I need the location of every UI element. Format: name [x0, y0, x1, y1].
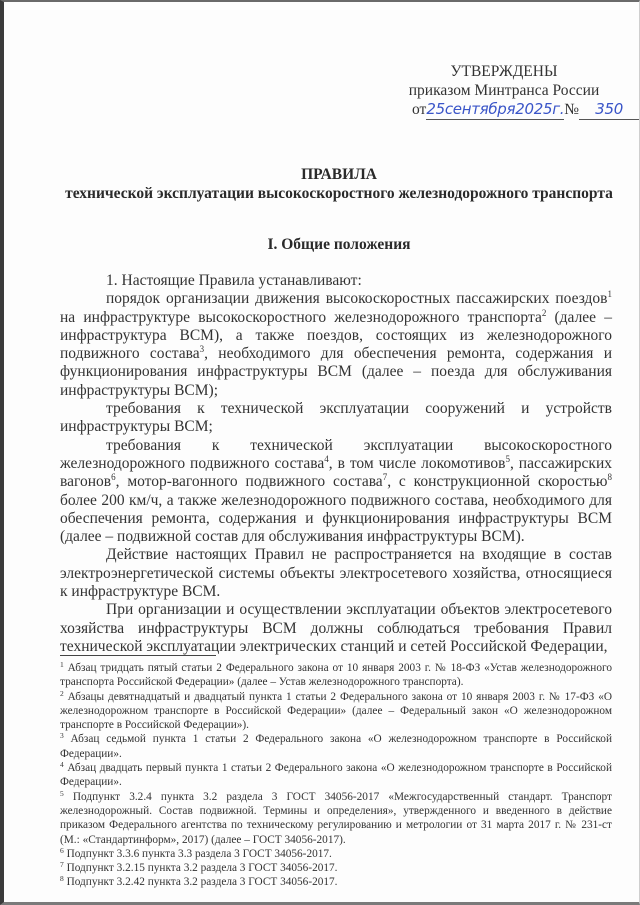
- approval-order-line: приказом Минтранса России: [404, 81, 604, 100]
- text-run: на инфраструктуре высокоскоростного желе…: [60, 309, 542, 326]
- text-run: порядок организации движения высокоскоро…: [106, 290, 608, 307]
- footnote-2: 2 Абзацы девятнадцатый и двадцатый пункт…: [60, 690, 612, 733]
- text-run: , мотор-вагонного подвижного состава: [116, 473, 383, 490]
- footnote-text: Подпункт 3.3.6 пункта 3.3 раздела 3 ГОСТ…: [64, 848, 332, 860]
- title-main: ПРАВИЛА: [44, 165, 634, 184]
- footnote-ref-1[interactable]: 1: [608, 289, 613, 299]
- footnote-4: 4 Абзац двадцать первый пункта 1 статьи …: [60, 761, 612, 790]
- handwritten-date: 25сентября2025г.: [426, 100, 564, 120]
- footnote-text: Подпункт 3.2.42 пункта 3.2 раздела 3 ГОС…: [64, 876, 338, 888]
- paragraph-1: 1. Настоящие Правила устанавливают:: [60, 272, 612, 290]
- paragraph-5: Действие настоящих Правил не распростран…: [60, 546, 612, 601]
- footnote-7: 7 Подпункт 3.2.15 пункта 3.2 раздела 3 Г…: [60, 861, 612, 875]
- footnote-separator: [60, 655, 216, 656]
- footnote-text: Абзац тридцать пятый статьи 2 Федерально…: [60, 662, 612, 688]
- text-run: , в том числе локомотивов: [329, 455, 506, 472]
- number-label: №: [564, 101, 579, 118]
- approval-date-number-line: от25сентября2025г.№350: [404, 100, 604, 120]
- document-page: УТВЕРЖДЕНЫ приказом Минтранса России от2…: [0, 0, 640, 905]
- paragraph-4: требования к технической эксплуатации вы…: [60, 437, 612, 547]
- footnote-text: Подпункт 3.2.15 пункта 3.2 раздела 3 ГОС…: [64, 862, 338, 874]
- footnote-6: 6 Подпункт 3.3.6 пункта 3.3 раздела 3 ГО…: [60, 847, 612, 861]
- approval-heading: УТВЕРЖДЕНЫ: [404, 62, 604, 81]
- document-body: 1. Настоящие Правила устанавливают: поря…: [60, 272, 612, 656]
- footnote-text: Абзацы девятнадцатый и двадцатый пункта …: [60, 691, 612, 732]
- footnote-text: Подпункт 3.2.4 пункта 3.2 раздела 3 ГОСТ…: [60, 791, 612, 846]
- footnote-5: 5 Подпункт 3.2.4 пункта 3.2 раздела 3 ГО…: [60, 790, 612, 847]
- title-subtitle: технической эксплуатации высокоскоростно…: [44, 184, 634, 204]
- footnote-text: Абзац двадцать первый пункта 1 статьи 2 …: [60, 762, 612, 788]
- from-label: от: [412, 101, 426, 118]
- footnote-1: 1 Абзац тридцать пятый статьи 2 Федераль…: [60, 661, 612, 690]
- footnotes: 1 Абзац тридцать пятый статьи 2 Федераль…: [60, 661, 612, 890]
- footnote-ref-8[interactable]: 8: [608, 472, 613, 482]
- section-heading: I. Общие положения: [44, 236, 634, 254]
- footnote-3: 3 Абзац седьмой пункта 1 статьи 2 Федера…: [60, 732, 612, 761]
- paragraph-3: требования к технической эксплуатации со…: [60, 400, 612, 437]
- text-run: , с конструкционной скоростью: [387, 473, 607, 490]
- handwritten-number: 350: [579, 100, 639, 120]
- text-run: более 200 км/ч, а также железнодорожного…: [60, 492, 612, 546]
- paragraph-2: порядок организации движения высокоскоро…: [60, 290, 612, 400]
- approval-stamp: УТВЕРЖДЕНЫ приказом Минтранса России от2…: [404, 62, 604, 120]
- document-title: ПРАВИЛА технической эксплуатации высокос…: [44, 165, 634, 204]
- paragraph-6: При организации и осуществлении эксплуат…: [60, 601, 612, 656]
- footnote-8: 8 Подпункт 3.2.42 пункта 3.2 раздела 3 Г…: [60, 875, 612, 889]
- footnote-text: Абзац седьмой пункта 1 статьи 2 Федераль…: [60, 733, 612, 759]
